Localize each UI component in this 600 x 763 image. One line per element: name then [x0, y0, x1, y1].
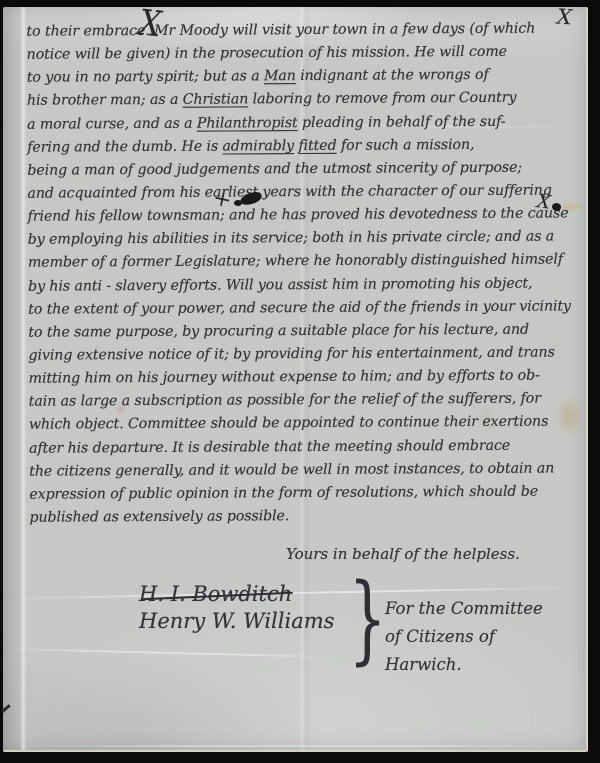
letter-line: friend his fellow townsman; and he has p…: [28, 202, 586, 229]
letter-line: notice will be given) in the prosecution…: [27, 40, 585, 67]
letter-line: published as extensively as possible.: [29, 503, 587, 530]
attribution-line: of Citizens of: [385, 623, 543, 651]
signature-brace: }: [349, 571, 387, 667]
letter-paper: to their embrace. Mr Moody will visit yo…: [3, 7, 588, 752]
letter-line: mitting him on his journey without expen…: [29, 364, 587, 391]
letter-line: a moral curse, and as a Philanthropist p…: [27, 110, 585, 137]
letter-line: after his departure. It is desirable tha…: [29, 434, 587, 461]
corner-x-mark: X: [556, 5, 573, 30]
letter-line: member of a former Legislature; where he…: [28, 249, 586, 276]
signature-block: H. I. BowditchHenry W. Williams: [139, 581, 334, 635]
letter-line: by his anti - slavery efforts. Will you …: [28, 272, 586, 299]
letter-line: the citizens generally, and it would be …: [29, 457, 587, 484]
paper-crease: [3, 648, 341, 658]
scanned-letter-page: { "page": { "kind": "scanned handwritten…: [0, 0, 600, 763]
attribution-line: Harwich.: [385, 651, 543, 679]
letter-line: and acquainted from his earliest years w…: [27, 179, 585, 206]
letter-line: to the same purpose, by procuring a suit…: [28, 318, 586, 345]
letter-closing: Yours in behalf of the helpless.: [286, 545, 520, 563]
attribution-line: For the Committee: [385, 595, 543, 623]
attribution-block: For the Committee of Citizens of Harwich…: [385, 595, 543, 679]
letter-line: to the extent of your power, and secure …: [28, 295, 586, 322]
letter-line: expression of public opinion in the form…: [29, 480, 587, 507]
letter-body: to their embrace. Mr Moody will visit yo…: [26, 17, 587, 529]
margin-x-mark: X: [536, 190, 552, 214]
letter-line: which object. Committee should be appoin…: [29, 411, 587, 438]
letter-line: by employing his abilities in its servic…: [28, 226, 586, 253]
ink-blot: [234, 200, 242, 206]
paper-crease: [3, 745, 586, 747]
signature: H. I. Bowditch: [139, 581, 334, 608]
letter-line: to you in no party spirit; but as a Man …: [27, 64, 585, 91]
letter-line: giving extensive notice of it; by provid…: [28, 341, 586, 368]
letter-line: being a man of good judgements and the u…: [27, 156, 585, 183]
letter-line: tain as large a subscription as possible…: [29, 388, 587, 415]
letter-line: his brother man; as a Christian laboring…: [27, 87, 585, 114]
insertion-x-mark: X: [137, 2, 163, 45]
paper-edge-mark: [1, 704, 11, 713]
signature-strikethrough: [141, 592, 293, 601]
signature: Henry W. Williams: [139, 608, 334, 635]
letter-line: fering and the dumb. He is admirably fit…: [27, 133, 585, 160]
letter-line: to their embrace. Mr Moody will visit yo…: [26, 17, 584, 44]
